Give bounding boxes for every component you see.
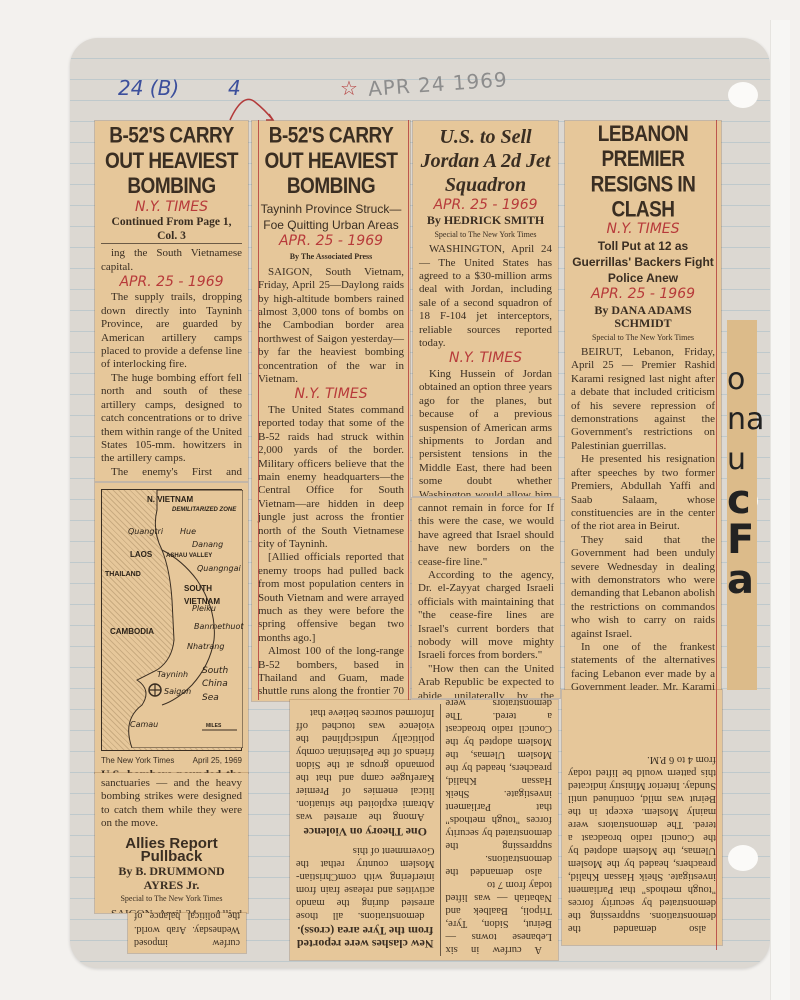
paragraph: The supply trails, dropping down directl… (101, 291, 242, 371)
byline: By HEDRICK SMITH (419, 214, 552, 227)
paragraph: According to the agency, Dr. el-Zayyat c… (418, 569, 554, 663)
map-label: LAOS (130, 548, 152, 561)
map-city: Saigon (164, 685, 191, 698)
paragraph: demonstrations. all those arrested durin… (296, 844, 434, 922)
special-credit: Special to The New York Times (419, 228, 552, 241)
clipping-upside-crisis: also demanded the demonstrations. suppre… (562, 690, 722, 945)
paragraph: "How then can the United Arab Republic b… (418, 663, 554, 698)
date-annotation: APR. 25 - 1969 (419, 199, 552, 212)
paragraph: They said that the Government had been u… (571, 534, 715, 641)
letter-fragment: u (727, 440, 757, 480)
paragraph: also demanded the demonstrations. suppre… (568, 753, 716, 935)
paragraph: Among the arrested was Abrami exploited … (296, 706, 434, 823)
red-margin-line (716, 120, 717, 950)
headline: B-52'S CARRY OUT HEAVIEST BOMBING (258, 124, 404, 200)
map-label: CAMBODIA (110, 625, 154, 638)
clipping-allies-pullback: sanctuaries — and the heavy bombing stri… (95, 773, 248, 913)
paragraph: also demanded the demonstrations. suppre… (445, 700, 552, 878)
headline: B-52'S CARRY OUT HEAVIEST BOMBING (101, 124, 242, 200)
red-margin-line (258, 120, 259, 700)
map-city: Pleiku (192, 602, 216, 615)
clipping-lebanon-premier: LEBANON PREMIER RESIGNS IN CLASH N.Y. TI… (565, 121, 721, 706)
section-headline: Allies Report Pullback (101, 837, 242, 864)
paragraph: ing the South Vietnamese capital. (101, 247, 242, 274)
source-annotation: N.Y. TIMES (571, 223, 715, 236)
paragraph: [Allied officials reported that enemy tr… (258, 551, 404, 645)
map-label: THAILAND (105, 568, 141, 581)
paragraph: WASHINGTON, April 24 — The United States… (419, 243, 552, 350)
paragraph: sanctuaries — and the heavy bombing stri… (101, 777, 242, 831)
map-label: DEMILITARIZED ZONE (172, 504, 236, 517)
punch-hole-bottom (728, 845, 758, 871)
letter-fragment: c (727, 480, 757, 520)
letter-fragment: na (727, 400, 757, 440)
letter-fragment: o (727, 360, 757, 400)
map-city: Quangngai (197, 562, 241, 575)
paragraph: cannot remain in force for If this were … (418, 502, 554, 569)
date-annotation: APR. 25 - 1969 (101, 276, 242, 289)
section-headline: One Theory on Violence (296, 825, 434, 838)
byline: By The Associated Press (258, 250, 404, 263)
special-credit: Special to The New York Times (571, 331, 715, 344)
paragraph: A curfew in six Lebanese towns — Beirut,… (445, 878, 552, 956)
map-city: Banmethuot (194, 620, 243, 633)
source-annotation: N.Y. TIMES (258, 388, 404, 401)
map-scale: MILES (206, 720, 221, 733)
source-annotation: N.Y. TIMES (101, 201, 242, 214)
letter-fragment: F (727, 520, 757, 560)
letter-fragment: a (727, 560, 757, 600)
map-date: April 25, 1969 (193, 754, 242, 767)
subheadline: Tayninh Province Struck— Foe Quitting Ur… (258, 201, 404, 233)
clipping-jordan-jets: U.S. to Sell Jordan A 2d Jet Squadron AP… (413, 121, 558, 496)
clipping-upside-left-bottom: curfew imposed Wednesday. Arab world. th… (128, 913, 246, 953)
date-annotation: APR. 25 - 1969 (571, 288, 715, 301)
map-city: Nhatrang (187, 640, 224, 653)
map-city: Quangtri (128, 525, 163, 538)
clipping-b52-continued: B-52'S CARRY OUT HEAVIEST BOMBING N.Y. T… (95, 121, 248, 481)
paragraph: Almost 100 of the long-range B-52 bomber… (258, 645, 404, 701)
map-city: Camau (130, 718, 158, 731)
paragraph: curfew imposed Wednesday. Arab world. th… (134, 913, 240, 949)
map-city: Danang (192, 538, 223, 551)
page-edge (770, 20, 790, 1000)
date-annotation: APR. 25 - 1969 (258, 235, 404, 248)
clipping-b52-ap: B-52'S CARRY OUT HEAVIEST BOMBING Taynin… (252, 121, 410, 701)
map-city: Hue (180, 525, 196, 538)
file-code-annotation: 24 (B) (118, 76, 179, 100)
source-annotation: N.Y. TIMES (419, 352, 552, 365)
punch-hole-top (728, 82, 758, 108)
headline: New clashes were reported from the Tyre … (296, 924, 434, 950)
red-margin-line (408, 120, 409, 700)
paragraph: BEIRUT, Lebanon, Friday, April 25 — Prem… (571, 346, 715, 453)
clipping-map: N. VIETNAM DEMILITARIZED ZONE LAOS THAIL… (95, 483, 248, 773)
continued-from: Continued From Page 1, Col. 3 (101, 216, 242, 244)
vietnam-map: N. VIETNAM DEMILITARIZED ZONE LAOS THAIL… (101, 489, 242, 751)
paragraph: He presented his resignation after speec… (571, 453, 715, 533)
headline: LEBANON PREMIER RESIGNS IN CLASH (571, 122, 715, 223)
byline: By DANA ADAMS SCHMIDT (571, 304, 715, 331)
special-credit: Special to The New York Times (101, 892, 242, 905)
byline: By B. DRUMMOND AYRES Jr. (101, 865, 242, 892)
clipping-upside-violence: A curfew in six Lebanese towns — Beirut,… (290, 700, 558, 960)
paragraph: The enemy's First and Seventh Divisions … (101, 466, 242, 481)
star-mark-icon: ☆ (340, 76, 358, 100)
subheadline: Toll Put at 12 as Guerrillas' Backers Fi… (571, 238, 715, 286)
paragraph: The United States command reported today… (258, 404, 404, 551)
arrow-annotation-icon (225, 92, 295, 124)
map-city: Tayninh (157, 668, 188, 681)
headline-fragment: o na u c F a (727, 320, 757, 690)
paragraph: King Hussein of Jordan obtained an optio… (419, 368, 552, 496)
clipping-ceasefire: cannot remain in force for If this were … (412, 498, 560, 698)
paragraph: SAIGON, South Vietnam, Friday, April 25—… (258, 266, 404, 387)
map-label: South China Sea (202, 665, 241, 705)
headline: U.S. to Sell Jordan A 2d Jet Squadron (419, 125, 552, 197)
map-credit: The New York Times (101, 754, 174, 767)
paragraph: The huge bombing effort fell north and s… (101, 372, 242, 466)
